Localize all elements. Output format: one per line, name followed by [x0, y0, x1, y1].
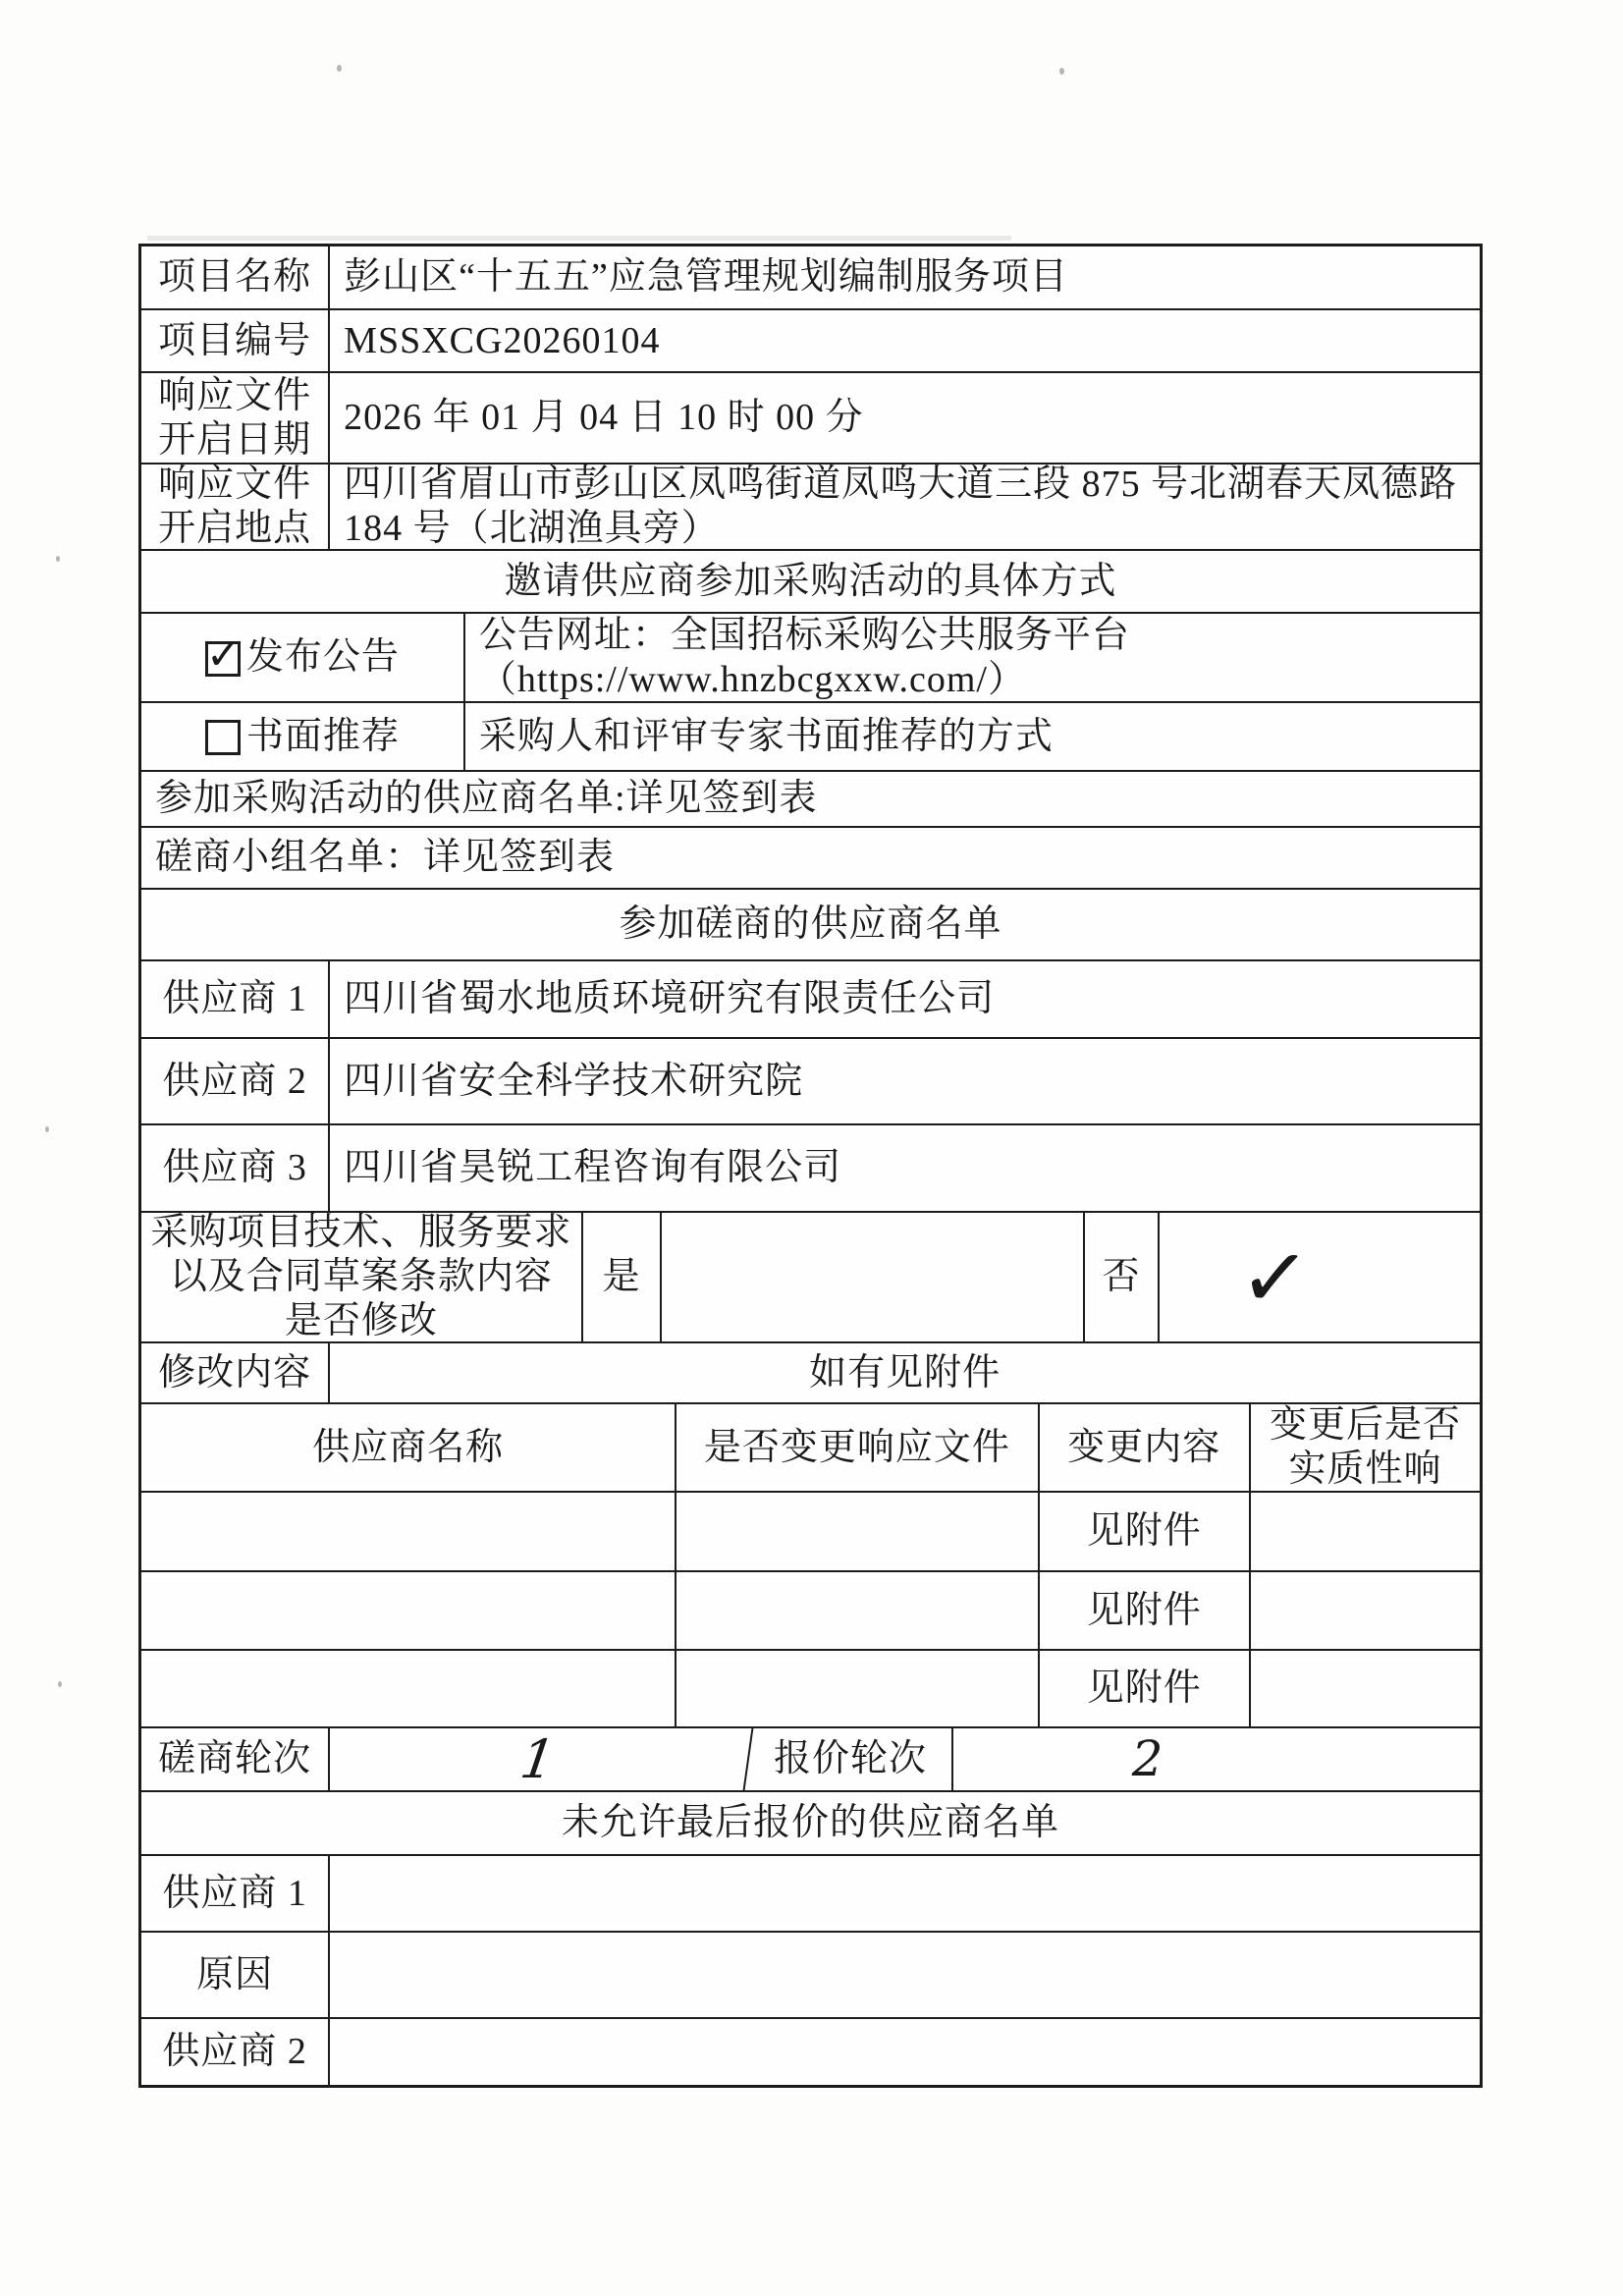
table-row: 未允许最后报价的供应商名单 [141, 1792, 1480, 1856]
no-answer-check-mark: ✓ [1156, 1206, 1484, 1356]
scan-smudge [147, 236, 1011, 241]
table-row: 供应商 1 [141, 1856, 1480, 1933]
not-allowed-reason-value [330, 1933, 1480, 2017]
table-row: 供应商 3 四川省昊锐工程咨询有限公司 [141, 1125, 1480, 1213]
change-row-content-cell: 见附件 [1040, 1651, 1251, 1726]
table-row: 参加磋商的供应商名单 [141, 890, 1480, 961]
change-col-supplier-name-header: 供应商名称 [141, 1404, 676, 1491]
table-row: 响应文件 开启日期 2026 年 01 月 04 日 10 时 00 分 [141, 373, 1480, 465]
change-row-changed-cell [676, 1572, 1039, 1649]
table-row: 响应文件 开启地点 四川省眉山市彭山区凤鸣街道凤鸣大道三段 875 号北湖春天凤… [141, 465, 1480, 551]
project-number-label: 项目编号 [141, 310, 330, 371]
table-row: 原因 [141, 1933, 1480, 2019]
table-row: 磋商小组名单：详见签到表 [141, 828, 1480, 890]
supplier-3-label: 供应商 3 [141, 1125, 330, 1211]
negotiation-round-label: 磋商轮次 [141, 1728, 330, 1790]
written-recommendation-detail: 采购人和评审专家书面推荐的方式 [465, 703, 1480, 770]
project-name-label: 项目名称 [141, 246, 330, 308]
scan-speck [58, 1681, 62, 1687]
change-row-substantial-cell [1251, 1572, 1480, 1649]
not-allowed-supplier-1-value [330, 1856, 1480, 1931]
table-row: 采购项目技术、服务要求 以及合同草案条款内容 是否修改 是 否 ✓ [141, 1213, 1480, 1343]
open-date-label: 响应文件 开启日期 [141, 373, 330, 463]
table-row: 磋商轮次 1 报价轮次 2 [141, 1728, 1480, 1792]
change-row-substantial-cell [1251, 1493, 1480, 1570]
announcement-url-value: 公告网址：全国招标采购公共服务平台 （https://www.hnzbcgxxw… [465, 614, 1480, 701]
written-recommendation-option: 书面推荐 [141, 703, 465, 770]
change-row-content-cell: 见附件 [1040, 1572, 1251, 1649]
not-allowed-supplier-2-label: 供应商 2 [141, 2019, 330, 2085]
modify-content-value: 如有见附件 [330, 1343, 1480, 1402]
table-row: 项目名称 彭山区“十五五”应急管理规划编制服务项目 [141, 246, 1480, 310]
change-row-supplier-cell [141, 1493, 676, 1570]
negotiation-panel-list-line: 磋商小组名单：详见签到表 [141, 828, 1480, 888]
supplier-3-name: 四川省昊锐工程咨询有限公司 [330, 1125, 1480, 1211]
publish-announcement-option: ✓ 发布公告 [141, 614, 465, 701]
quote-round-value: 2 [953, 1728, 1480, 1790]
invite-method-header: 邀请供应商参加采购活动的具体方式 [141, 551, 1480, 612]
modification-question-label: 采购项目技术、服务要求 以及合同草案条款内容 是否修改 [141, 1213, 583, 1341]
change-col-substantial-header: 变更后是否 实质性响 [1251, 1404, 1480, 1491]
table-row: 参加采购活动的供应商名单:详见签到表 [141, 772, 1480, 828]
table-row: 见附件 [141, 1572, 1480, 1651]
change-row-changed-cell [676, 1493, 1039, 1570]
not-allowed-supplier-1-label: 供应商 1 [141, 1856, 330, 1931]
negotiation-suppliers-header: 参加磋商的供应商名单 [141, 890, 1480, 959]
scan-speck [1059, 68, 1064, 75]
table-row: 供应商 2 四川省安全科学技术研究院 [141, 1039, 1480, 1125]
quote-round-label: 报价轮次 [749, 1728, 954, 1790]
table-row: 书面推荐 采购人和评审专家书面推荐的方式 [141, 703, 1480, 772]
table-row: 邀请供应商参加采购活动的具体方式 [141, 551, 1480, 614]
not-allowed-reason-label: 原因 [141, 1933, 330, 2017]
supplier-1-name: 四川省蜀水地质环境研究有限责任公司 [330, 961, 1480, 1037]
change-row-changed-cell [676, 1651, 1039, 1726]
open-place-value: 四川省眉山市彭山区凤鸣街道凤鸣大道三段 875 号北湖春天凤德路 184 号（北… [330, 465, 1480, 549]
change-col-changed-header: 是否变更响应文件 [676, 1404, 1039, 1491]
scanned-page: 项目名称 彭山区“十五五”应急管理规划编制服务项目 项目编号 MSSXCG202… [0, 0, 1623, 2296]
not-allowed-final-quote-header: 未允许最后报价的供应商名单 [141, 1792, 1480, 1854]
table-row: 见附件 [141, 1493, 1480, 1572]
yes-answer-cell [662, 1213, 1085, 1341]
checked-checkbox-icon: ✓ [205, 641, 241, 677]
written-recommendation-label: 书面推荐 [246, 715, 400, 759]
change-col-content-header: 变更内容 [1040, 1404, 1251, 1491]
negotiation-round-value: 1 [326, 1728, 753, 1790]
table-row: 供应商 2 [141, 2019, 1480, 2085]
open-date-value: 2026 年 01 月 04 日 10 时 00 分 [330, 373, 1480, 463]
supplier-1-label: 供应商 1 [141, 961, 330, 1037]
project-number-value: MSSXCG20260104 [330, 310, 1480, 371]
procurement-form-table: 项目名称 彭山区“十五五”应急管理规划编制服务项目 项目编号 MSSXCG202… [138, 244, 1483, 2088]
supplier-2-name: 四川省安全科学技术研究院 [330, 1039, 1480, 1123]
scan-speck [45, 1126, 49, 1132]
no-label: 否 [1085, 1213, 1160, 1341]
yes-label: 是 [583, 1213, 662, 1341]
scan-speck [56, 556, 60, 562]
table-row: 见附件 [141, 1651, 1480, 1728]
modify-content-label: 修改内容 [141, 1343, 330, 1402]
publish-announcement-label: 发布公告 [246, 635, 400, 680]
supplier-2-label: 供应商 2 [141, 1039, 330, 1123]
open-place-label: 响应文件 开启地点 [141, 465, 330, 549]
table-row: 项目编号 MSSXCG20260104 [141, 310, 1480, 373]
project-name-value: 彭山区“十五五”应急管理规划编制服务项目 [330, 246, 1480, 308]
table-row: 供应商名称 是否变更响应文件 变更内容 变更后是否 实质性响 [141, 1404, 1480, 1493]
table-row: 修改内容 如有见附件 [141, 1343, 1480, 1404]
scan-speck [337, 65, 342, 72]
unchecked-checkbox-icon [205, 720, 241, 755]
not-allowed-supplier-2-value [330, 2019, 1480, 2085]
table-row: 供应商 1 四川省蜀水地质环境研究有限责任公司 [141, 961, 1480, 1039]
table-row: ✓ 发布公告 公告网址：全国招标采购公共服务平台 （https://www.hn… [141, 614, 1480, 703]
change-row-supplier-cell [141, 1572, 676, 1649]
change-row-supplier-cell [141, 1651, 676, 1726]
change-row-substantial-cell [1251, 1651, 1480, 1726]
change-row-content-cell: 见附件 [1040, 1493, 1251, 1570]
attend-supplier-list-line: 参加采购活动的供应商名单:详见签到表 [141, 772, 1480, 826]
